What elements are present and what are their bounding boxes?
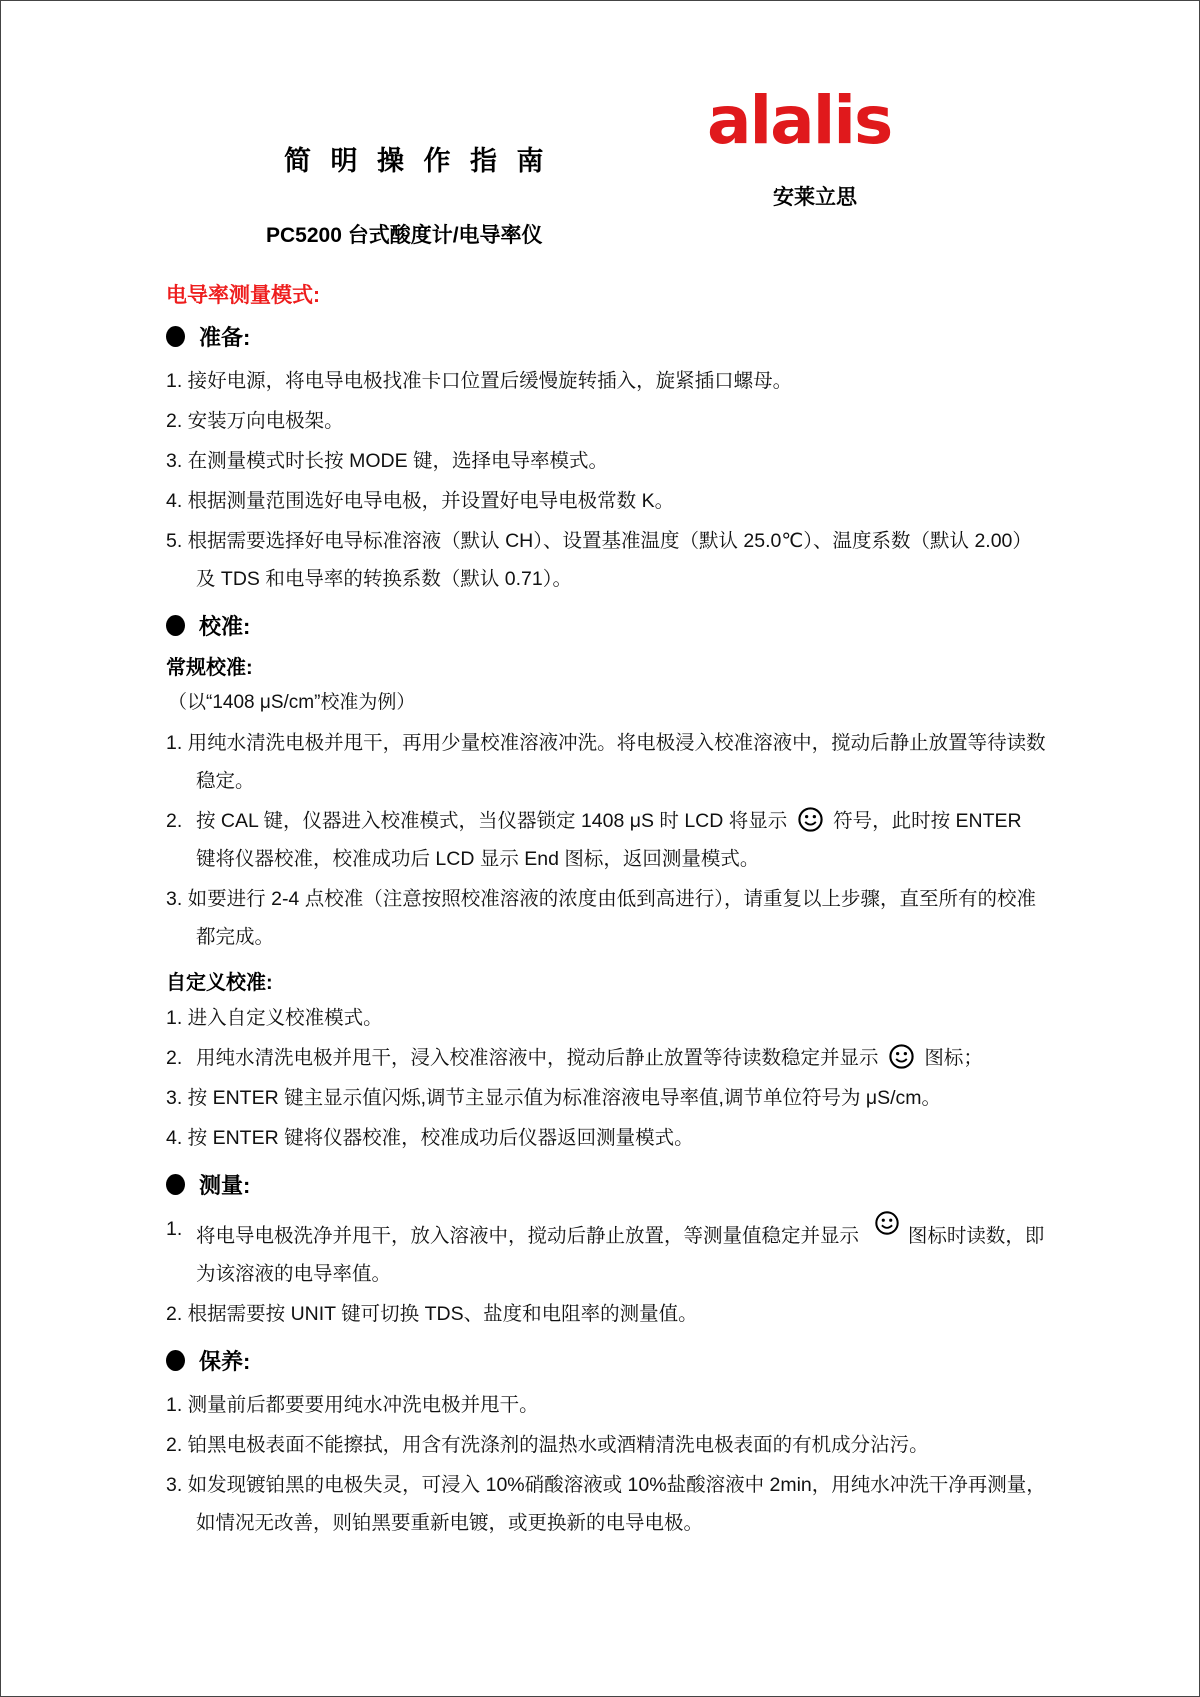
section-heading-measure: 测量: — [166, 1169, 1046, 1200]
brand-logo-caption: 安莱立思 — [773, 181, 857, 211]
list-item: 3. 如要进行 2-4 点校准（注意按照校准溶液的浓度由低到高进行），请重复以上… — [166, 880, 1046, 956]
page-title: 简 明 操 作 指 南 — [284, 139, 550, 178]
list-item: 5. 根据需要选择好电导标准溶液（默认 CH）、设置基准温度（默认 25.0℃）… — [166, 522, 1046, 598]
product-title: PC5200 台式酸度计/电导率仪 — [266, 219, 1046, 249]
bullet-icon — [166, 1350, 185, 1371]
section-heading-maintain: 保养: — [166, 1345, 1046, 1376]
list-item: 1. 测量前后都要要用纯水冲洗电极并甩干。 — [166, 1386, 1046, 1424]
list-item: 1. 用纯水清洗电极并甩干，再用少量校准溶液冲洗。将电极浸入校准溶液中，搅动后静… — [166, 724, 1046, 800]
list-item: 3. 在测量模式时长按 MODE 键，选择电导率模式。 — [166, 442, 1046, 480]
item-number: 2. — [166, 1039, 182, 1077]
smiley-icon — [888, 1043, 915, 1070]
section-heading-label: 准备: — [199, 321, 250, 352]
list-item: 4. 按 ENTER 键将仪器校准，校准成功后仪器返回测量模式。 — [166, 1119, 1046, 1157]
list-item: 2. 按 CAL 键，仪器进入校准模式，当仪器锁定 1408 μS 时 LCD … — [166, 802, 1046, 878]
document-body: PC5200 台式酸度计/电导率仪 电导率测量模式: 准备: 1. 接好电源，将… — [166, 219, 1046, 1544]
section-heading-label: 保养: — [199, 1345, 250, 1376]
list-item: 3. 按 ENTER 键主显示值闪烁,调节主显示值为标准溶液电导率值,调节单位符… — [166, 1079, 1046, 1117]
list-item: 2. 铂黑电极表面不能擦拭，用含有洗涤剂的温热水或酒精清洗电极表面的有机成分沾污… — [166, 1426, 1046, 1464]
section-heading-label: 校准: — [199, 610, 250, 641]
item-text: 将电导电极洗净并甩干，放入溶液中，搅动后静止放置，等测量值稳定并显示 — [196, 1225, 859, 1247]
document-page: 简 明 操 作 指 南 alalis 安莱立思 PC5200 台式酸度计/电导率… — [0, 0, 1200, 1697]
item-text: 按 CAL 键，仪器进入校准模式，当仪器锁定 1408 μS 时 LCD 将显示 — [196, 810, 787, 832]
list-item: 2. 安装万向电极架。 — [166, 402, 1046, 440]
list-item: 1. 进入自定义校准模式。 — [166, 999, 1046, 1037]
item-number: 1. — [166, 1210, 182, 1248]
list-item: 1. 接好电源，将电导电极找准卡口位置后缓慢旋转插入，旋紧插口螺母。 — [166, 362, 1046, 400]
item-number: 2. — [166, 802, 182, 840]
calibration-example-note: （以“1408 μS/cm”校准为例） — [168, 684, 1046, 722]
smiley-icon — [874, 1210, 900, 1236]
smiley-icon — [797, 806, 824, 833]
item-text: 用纯水清洗电极并甩干，浸入校准溶液中，搅动后静止放置等待读数稳定并显示 — [196, 1047, 879, 1069]
subsection-regular-calibration: 常规校准: — [166, 651, 1046, 680]
item-text: 图标； — [924, 1047, 983, 1069]
list-item: 4. 根据测量范围选好电导电极，并设置好电导电极常数 K。 — [166, 482, 1046, 520]
subsection-custom-calibration: 自定义校准: — [166, 966, 1046, 995]
list-item: 2. 根据需要按 UNIT 键可切换 TDS、盐度和电阻率的测量值。 — [166, 1295, 1046, 1333]
bullet-icon — [166, 615, 185, 636]
section-heading-label: 测量: — [199, 1169, 250, 1200]
list-item: 2. 用纯水清洗电极并甩干，浸入校准溶液中，搅动后静止放置等待读数稳定并显示 图… — [166, 1039, 1046, 1077]
bullet-icon — [166, 1174, 185, 1195]
section-heading-calibration: 校准: — [166, 610, 1046, 641]
mode-heading: 电导率测量模式: — [166, 279, 1046, 309]
list-item: 3. 如发现镀铂黑的电极失灵，可浸入 10%硝酸溶液或 10%盐酸溶液中 2mi… — [166, 1466, 1046, 1542]
list-item: 1. 将电导电极洗净并甩干，放入溶液中，搅动后静止放置，等测量值稳定并显示 图标… — [166, 1210, 1046, 1293]
bullet-icon — [166, 326, 185, 347]
brand-logo: alalis — [707, 75, 891, 167]
section-heading-prepare: 准备: — [166, 321, 1046, 352]
